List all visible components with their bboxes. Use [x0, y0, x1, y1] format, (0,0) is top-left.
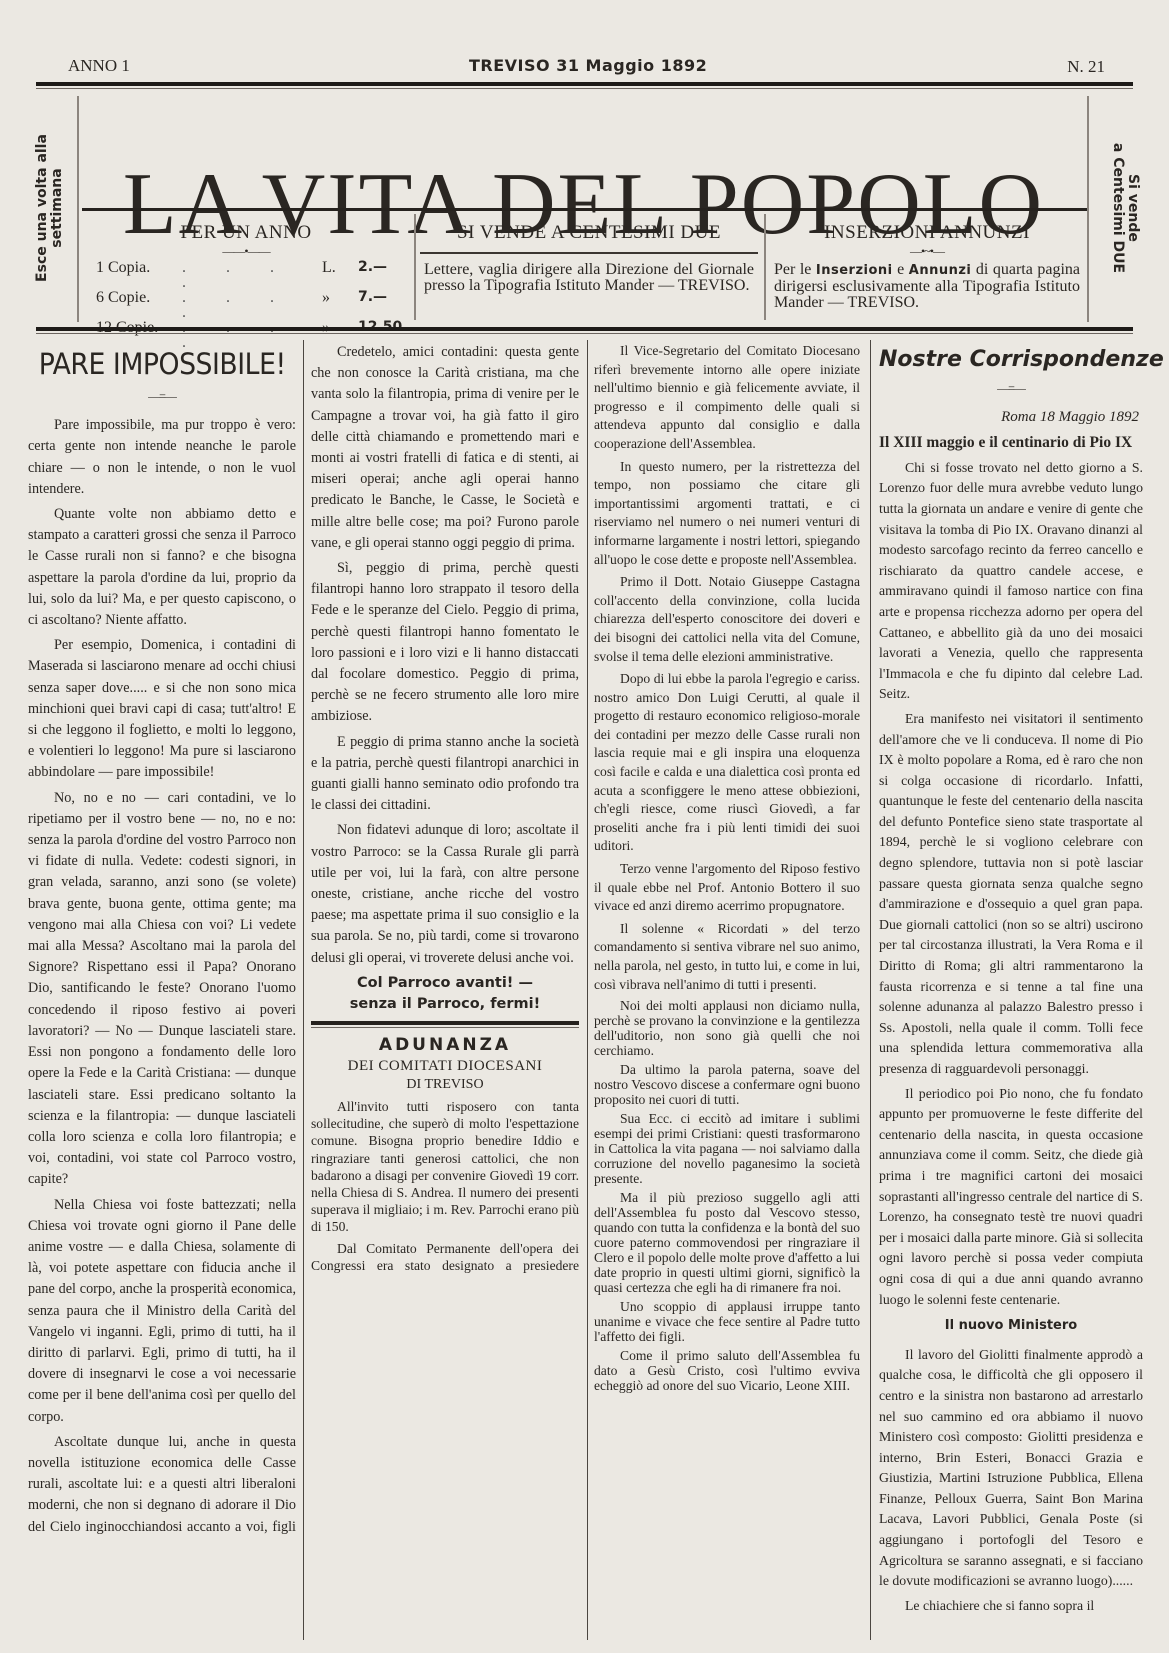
text: Per le	[774, 261, 816, 278]
motto-line: senza il Parroco, fermi!	[311, 994, 579, 1015]
paragraph: Dal Comitato Permanente dell'opera dei C…	[311, 1240, 579, 1274]
price-heading: SI VENDE A CENTESIMI DUE	[416, 214, 762, 244]
ads-box-text: Per le Inserzioni e Annunzi di quarta pa…	[774, 262, 1080, 311]
paragraph: Credetelo, amici contadini: questa gente…	[311, 342, 579, 554]
paragraph: Ascoltate dunque lui, anche in questa no…	[28, 1432, 296, 1540]
column-2: Credetelo, amici contadini: questa gente…	[311, 342, 579, 1278]
article-subheadline: DEI COMITATI DIOCESANI	[311, 1056, 579, 1076]
bold-text: Inserzioni	[816, 263, 893, 278]
year-label: ANNO 1	[68, 56, 130, 76]
motto-line: Col Parroco avanti! —	[311, 973, 579, 994]
price-box-text: Lettere, vaglia dirigere alla Direzione …	[424, 262, 754, 294]
side-note-right: Si vende a Centesimi DUE	[1103, 96, 1147, 320]
paragraph: In questo numero, per la ristrettezza de…	[594, 458, 860, 570]
price-row: 1 Copia. . . . . L. 2.—	[96, 260, 410, 290]
top-rule	[36, 82, 1133, 86]
column-1: PARE IMPOSSIBILE! —=— Pare impossibile, …	[28, 342, 296, 1544]
issue-number: N. 21	[1067, 57, 1105, 77]
paragraph: Per esempio, Domenica, i contadini di Ma…	[28, 635, 296, 783]
paragraph: Ma il più prezioso suggello agli atti de…	[594, 1190, 860, 1295]
currency: »	[322, 290, 358, 320]
top-line: ANNO 1 TREVISO 31 Maggio 1892 N. 21	[36, 52, 1133, 80]
masthead-bottom-rule-thin	[36, 333, 1133, 334]
article-subheadline: Il XIII maggio e il centinario di Pio IX	[879, 433, 1143, 454]
paragraph: Il solenne « Ricordati » del terzo coman…	[594, 920, 860, 994]
ads-box: INSERZIONI ANNUNZI —•~•— Per le Inserzio…	[764, 214, 1088, 320]
price-box-rule	[420, 252, 758, 254]
price-value: 7.—	[358, 290, 387, 320]
price-box: SI VENDE A CENTESIMI DUE Lettere, vaglia…	[414, 214, 762, 320]
paragraph: Il lavoro del Giolitti finalmente approd…	[879, 1345, 1143, 1592]
ornament: ——•——	[82, 246, 410, 256]
side-divider-left	[77, 96, 79, 322]
motto: Col Parroco avanti! — senza il Parroco, …	[311, 973, 579, 1015]
masthead-bottom-rule	[36, 327, 1133, 331]
leader-dots: . . . .	[182, 260, 322, 290]
paragraph: Terzo venne l'argomento del Riposo festi…	[594, 860, 860, 916]
column-divider	[870, 340, 871, 1640]
dateline: Roma 18 Maggio 1892	[879, 407, 1139, 428]
column-3: Il Vice-Segretario del Comitato Diocesan…	[594, 342, 860, 1397]
paragraph: Sì, peggio di prima, perchè questi filan…	[311, 558, 579, 728]
paragraph: Noi dei molti applausi non diciamo nulla…	[594, 998, 860, 1058]
paragraph: Non fidatevi adunque di loro; ascoltate …	[311, 820, 579, 968]
paragraph: Il Vice-Segretario del Comitato Diocesan…	[594, 342, 860, 454]
column-4: Nostre Corrispondenze —=— Roma 18 Maggio…	[879, 342, 1143, 1620]
column-divider	[587, 340, 588, 1640]
paragraph: Quante volte non abbiamo detto e stampat…	[28, 504, 296, 631]
paragraph: Era manifesto nei visitatori il sentimen…	[879, 709, 1143, 1080]
side-note-left-text: Esce una volta alla settimana	[35, 134, 65, 282]
subscription-box: PER UN ANNO ——•—— 1 Copia. . . . . L. 2.…	[82, 214, 410, 320]
bold-text: Annunzi	[909, 263, 972, 278]
section-rule	[311, 1021, 579, 1025]
price-row: 6 Copie. . . . . » 7.—	[96, 290, 410, 320]
paragraph: E peggio di prima stanno anche la societ…	[311, 732, 579, 817]
paragraph: Pare impossibile, ma pur troppo è vero: …	[28, 415, 296, 500]
masthead-rule	[82, 208, 1087, 211]
paragraph: Primo il Dott. Notaio Giuseppe Castagna …	[594, 573, 860, 666]
paragraph: No, no e no — cari contadini, ve lo ripe…	[28, 788, 296, 1191]
paragraph: Uno scoppio di applausi irruppe tanto un…	[594, 1299, 860, 1344]
side-note-left: Esce una volta alla settimana	[28, 96, 72, 320]
paragraph: Dopo di lui ebbe la parola l'egregio e c…	[594, 670, 860, 856]
price-label: 6 Copie.	[96, 290, 182, 320]
paragraph: All'invito tutti risposero con tanta sol…	[311, 1098, 579, 1236]
article-headline: Nostre Corrispondenze	[879, 344, 1143, 376]
paragraph: Sua Ecc. ci eccitò ad imitare i sublimi …	[594, 1111, 860, 1186]
paragraph: Le chiachiere che si fanno sopra il	[879, 1596, 1143, 1617]
currency: L.	[322, 260, 358, 290]
leader-dots: . . . .	[182, 290, 322, 320]
ornament: —=—	[879, 378, 1143, 399]
article-headline: ADUNANZA	[311, 1034, 579, 1056]
paragraph: Come il primo saluto dell'Assemblea fu d…	[594, 1348, 860, 1393]
article-headline: PARE IMPOSSIBILE!	[39, 344, 286, 384]
top-rule-thin	[36, 88, 1133, 89]
newspaper-page: ANNO 1 TREVISO 31 Maggio 1892 N. 21 Esce…	[0, 0, 1169, 1653]
paragraph: Chi si fosse trovato nel detto giorno a …	[879, 458, 1143, 705]
paragraph: Nella Chiesa voi foste battezzati; nella…	[28, 1195, 296, 1428]
section-rule-thin	[311, 1027, 579, 1028]
column-divider	[303, 340, 304, 1640]
price-table: 1 Copia. . . . . L. 2.— 6 Copie. . . . .…	[82, 260, 410, 350]
subscription-heading: PER UN ANNO	[82, 214, 410, 244]
ads-heading: INSERZIONI ANNUNZI	[766, 214, 1088, 244]
price-value: 2.—	[358, 260, 387, 290]
text: e	[893, 261, 909, 278]
ornament: —=—	[28, 386, 296, 407]
paragraph: Il periodico poi Pio nono, che fu fondat…	[879, 1084, 1143, 1311]
price-label: 1 Copia.	[96, 260, 182, 290]
place-date: TREVISO 31 Maggio 1892	[469, 56, 707, 75]
article-subheadline: Il nuovo Ministero	[879, 1316, 1143, 1337]
paragraph: Da ultimo la parola paterna, soave del n…	[594, 1062, 860, 1107]
side-note-right-text: Si vende a Centesimi DUE	[1110, 143, 1140, 273]
ornament: —•~•—	[766, 246, 1088, 256]
article-subheadline: DI TREVISO	[311, 1076, 579, 1094]
